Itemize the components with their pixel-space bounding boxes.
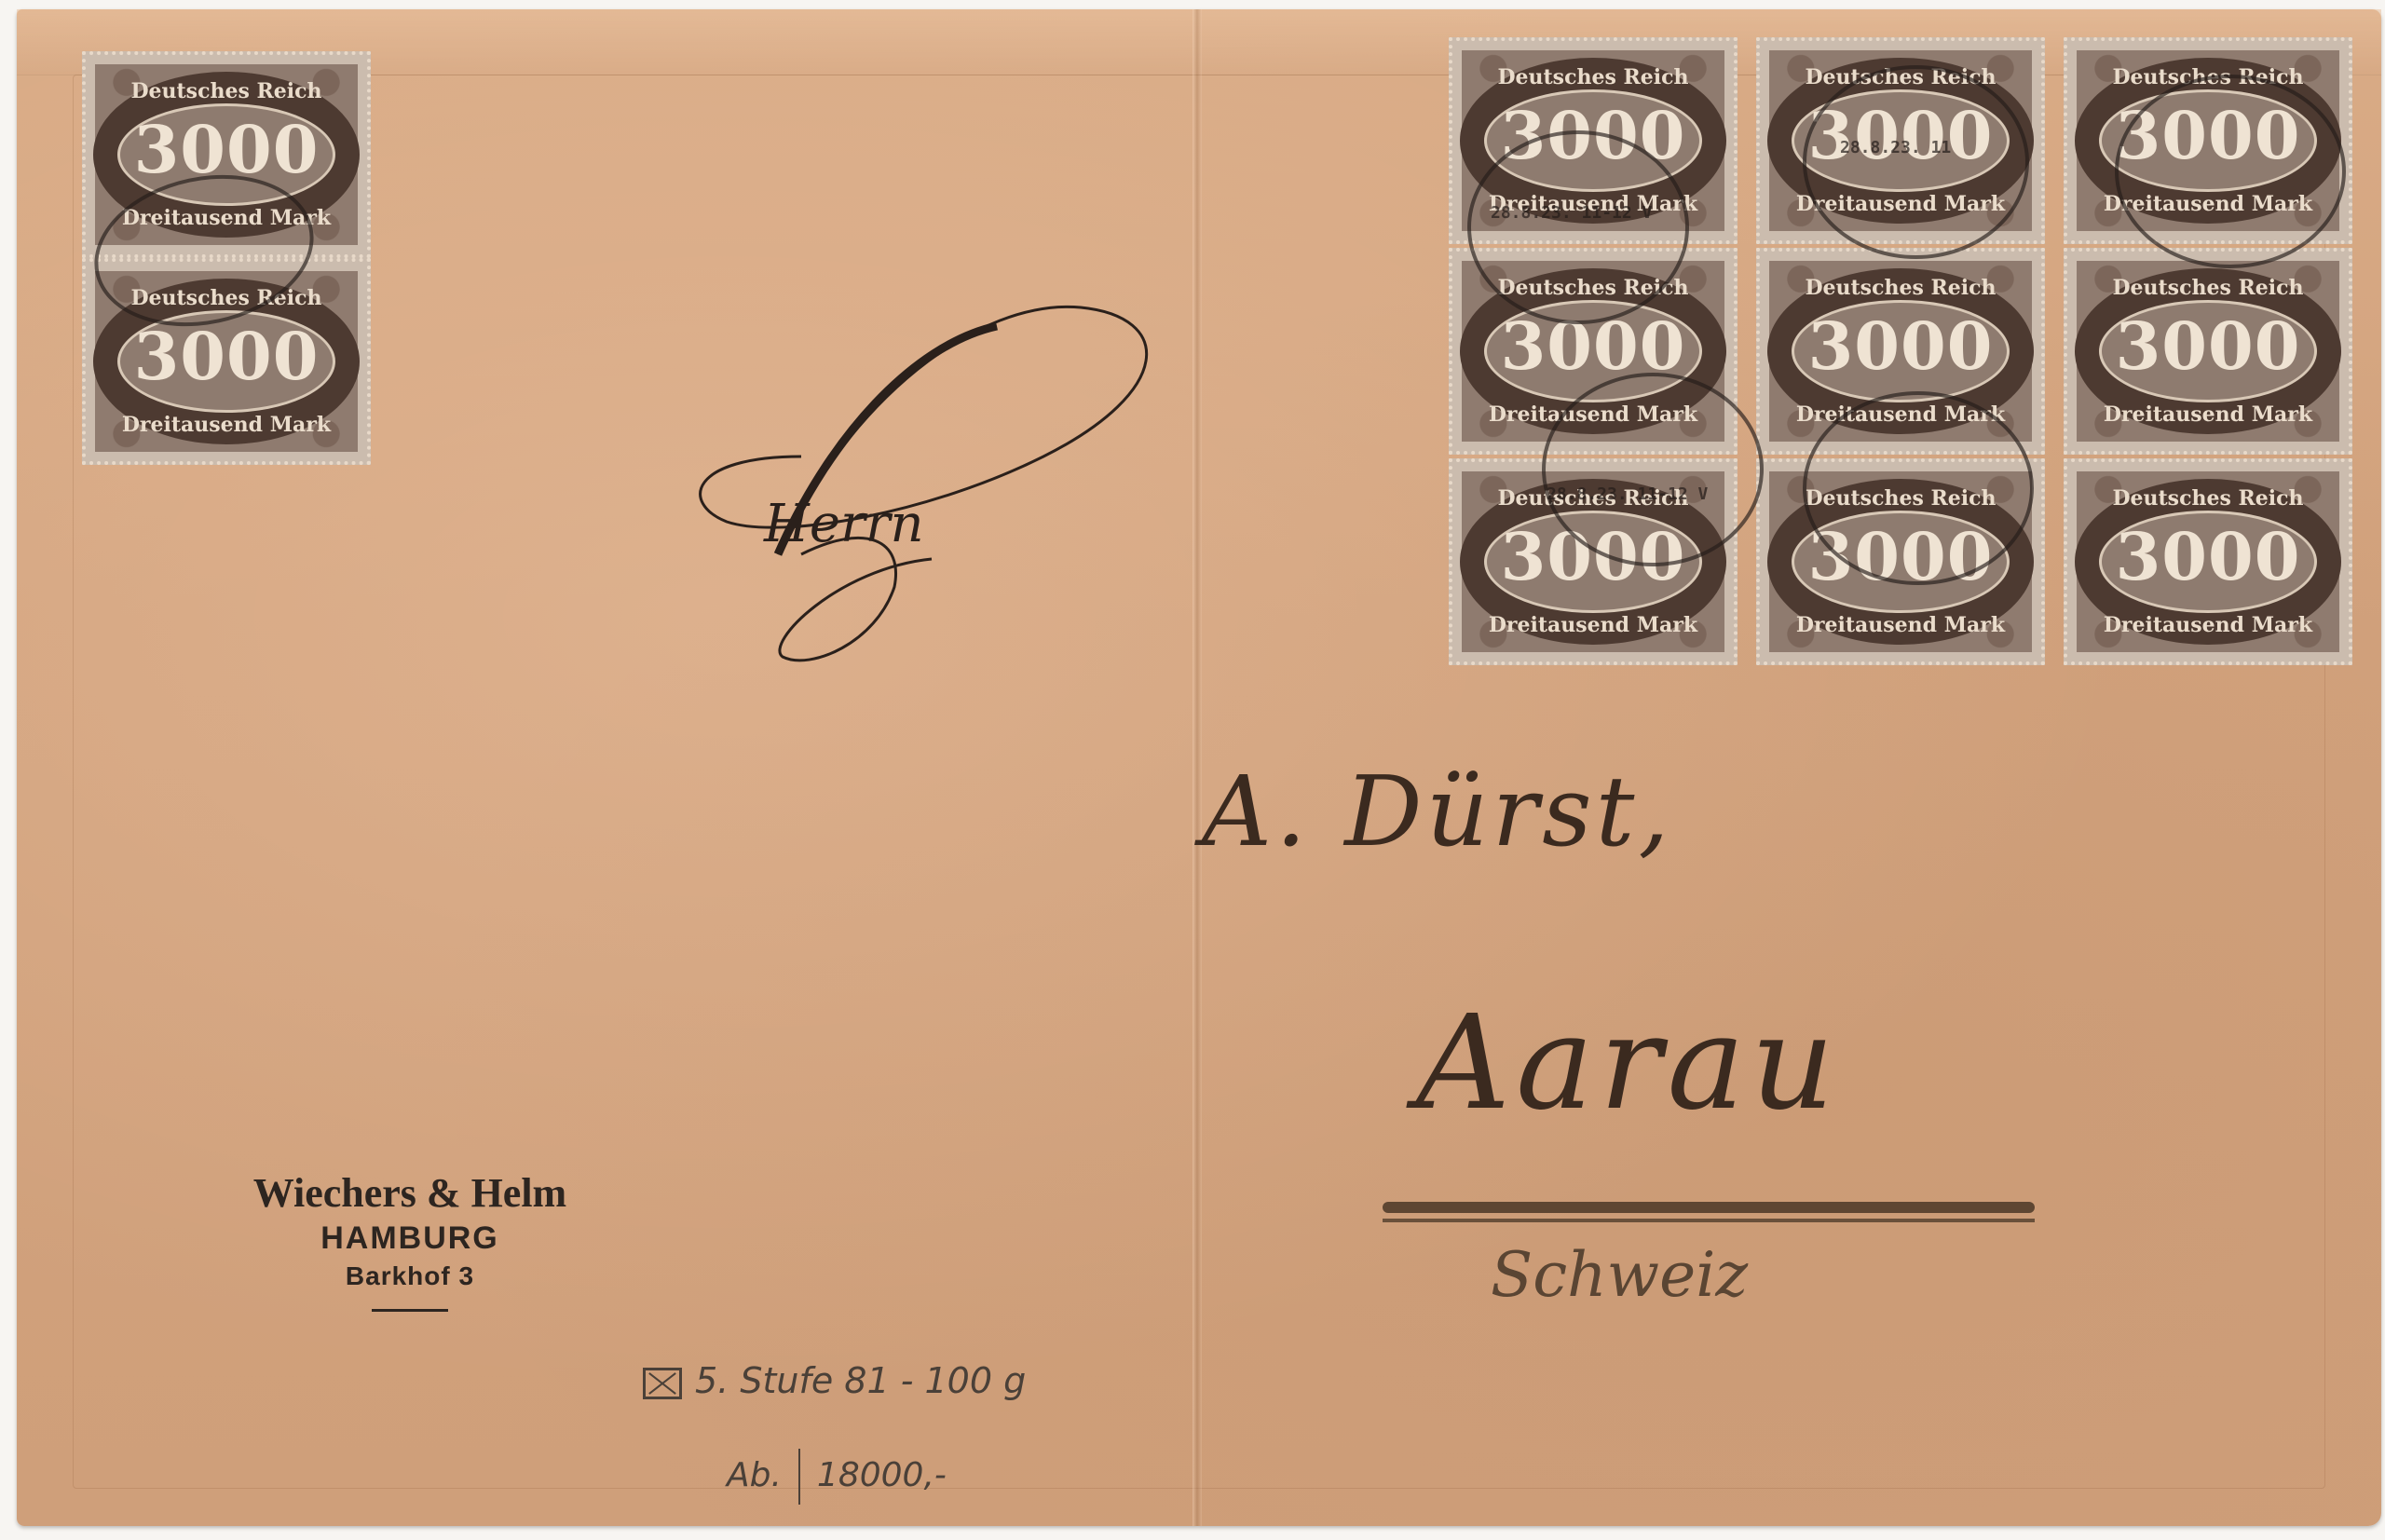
stamp-value-words: Dreitausend Mark — [1452, 613, 1734, 637]
pencil-divider — [798, 1449, 800, 1505]
city-underline-thin — [1383, 1219, 2035, 1222]
postmark-block-4 — [1542, 373, 1764, 566]
postmark-block-3 — [2115, 75, 2346, 268]
stamp: Deutsches Reich3000Dreitausend Mark — [2064, 458, 2352, 665]
sender-rule — [372, 1309, 448, 1312]
postmark-block-1 — [1467, 130, 1689, 324]
pencil-note-rate: 5. Stufe 81 - 100 g — [643, 1360, 1026, 1401]
stamp-denomination: 3000 — [2067, 518, 2349, 595]
postmark-date-2: 28.8.23. 11 — [1840, 138, 1951, 157]
recipient-country: Schweiz — [1491, 1239, 1748, 1311]
pencil-note-prefix: Ab. — [727, 1456, 782, 1494]
sender-street: Barkhof 3 — [186, 1259, 634, 1294]
stamp-value-words: Dreitausend Mark — [86, 413, 367, 437]
salutation-flourish — [689, 289, 1174, 680]
recipient-city: Aarau — [1416, 988, 1840, 1139]
pencil-note-value: 18000,- — [817, 1456, 947, 1494]
stamp: Deutsches Reich3000Dreitausend Mark — [2064, 248, 2352, 455]
fold-crease — [1192, 9, 1202, 1526]
city-underline-thick — [1383, 1202, 2035, 1213]
stamp-issuer: Deutsches Reich — [1760, 276, 2041, 300]
sender-name: Wiechers & Helm — [186, 1169, 634, 1218]
stamp-denomination: 3000 — [86, 318, 367, 395]
recipient-name: A. Dürst, — [1202, 755, 1673, 868]
sender-city: HAMBURG — [186, 1218, 634, 1259]
stamp-value-words: Dreitausend Mark — [2067, 402, 2349, 427]
envelope-box-icon — [643, 1368, 682, 1399]
stamp-denomination: 3000 — [2067, 307, 2349, 385]
stamp-issuer: Deutsches Reich — [86, 79, 367, 103]
postmark-block-2 — [1803, 65, 2029, 259]
pencil-note-amount: Ab.18000,- — [727, 1449, 947, 1505]
stamp-value-words: Dreitausend Mark — [2067, 613, 2349, 637]
sender-imprint: Wiechers & Helm HAMBURG Barkhof 3 — [186, 1169, 634, 1312]
stamp-denomination: 3000 — [1760, 307, 2041, 385]
stamp-issuer: Deutsches Reich — [2067, 486, 2349, 511]
stamp-value-words: Dreitausend Mark — [1760, 613, 2041, 637]
stamp-issuer: Deutsches Reich — [2067, 276, 2349, 300]
postmark-date-1: 28.8.23. 11-12 V — [1491, 203, 1652, 223]
stamp-issuer: Deutsches Reich — [1452, 65, 1734, 89]
postmark-date-3: 28.8.23. 11-12 V — [1547, 484, 1708, 504]
pencil-note-rate-text: 5. Stufe 81 - 100 g — [695, 1360, 1026, 1401]
postmark-block-5 — [1803, 391, 2034, 585]
